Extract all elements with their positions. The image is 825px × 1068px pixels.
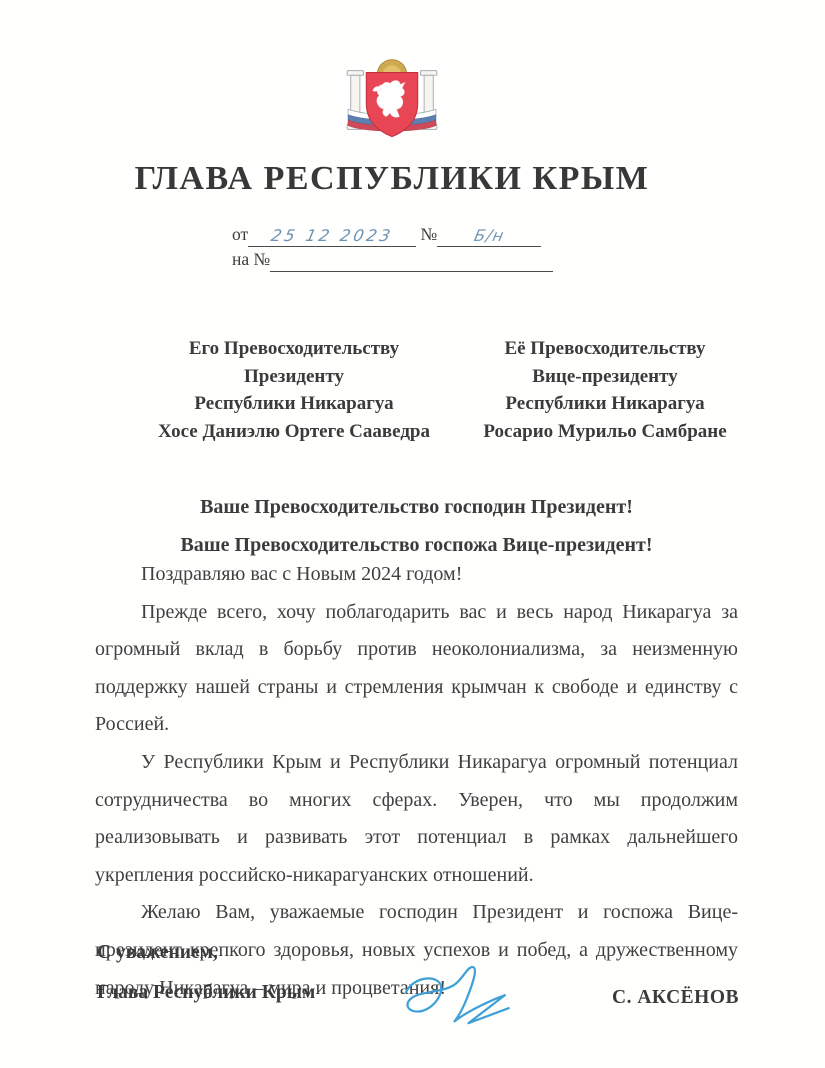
letter-page: ГЛАВА РЕСПУБЛИКИ КРЫМ от25 12 2023 №Б/н …: [0, 0, 825, 1068]
addressee-president: Его Превосходительству Президенту Респуб…: [128, 335, 460, 445]
reference-date-row: от25 12 2023 №Б/н: [232, 222, 553, 247]
addressee-line: Вице-президенту: [452, 363, 758, 391]
from-label: от: [232, 224, 248, 244]
paragraph: Прежде всего, хочу поблагодарить вас и в…: [95, 594, 738, 744]
addressee-line: Республики Никарагуа: [452, 390, 758, 418]
handwritten-number: Б/н: [472, 223, 507, 248]
signer-name: С. АКСЁНОВ: [612, 987, 739, 1009]
reference-reply-row: на №: [232, 247, 553, 272]
addressee-line: Его Превосходительству: [128, 335, 460, 363]
page-title: ГЛАВА РЕСПУБЛИКИ КРЫМ: [0, 160, 784, 198]
paragraph: Поздравляю вас с Новым 2024 годом!: [95, 556, 738, 594]
addressee-line: Республики Никарагуа: [128, 390, 460, 418]
addressee-line: Росарио Мурильо Самбране: [452, 418, 758, 446]
number-label: №: [421, 224, 438, 244]
addressee-vice-president: Её Превосходительству Вице-президенту Ре…: [452, 335, 758, 445]
addressee-line: Её Превосходительству: [452, 335, 758, 363]
reply-label: на №: [232, 249, 270, 269]
letter-body: Поздравляю вас с Новым 2024 годом! Прежд…: [95, 556, 738, 1007]
salutation-president: Ваше Превосходительство господин Президе…: [95, 488, 738, 526]
addressee-line: Президенту: [128, 363, 460, 391]
reply-line: [270, 250, 553, 272]
closing-position: Глава Республики Крым: [97, 982, 315, 1004]
addressee-line: Хосе Даниэлю Ортеге Сааведра: [128, 418, 460, 446]
date-line: 25 12 2023: [248, 225, 416, 247]
crimea-coat-of-arms-icon: [337, 52, 447, 148]
number-line: Б/н: [437, 225, 541, 247]
paragraph: У Республики Крым и Республики Никарагуа…: [95, 744, 738, 894]
reference-block: от25 12 2023 №Б/н на №: [232, 222, 553, 272]
handwritten-date: 25 12 2023: [269, 223, 396, 248]
closing-regards: С уважением,: [97, 942, 218, 964]
salutation-block: Ваше Превосходительство господин Президе…: [95, 488, 738, 564]
signature-scribble-icon: [378, 955, 518, 1039]
